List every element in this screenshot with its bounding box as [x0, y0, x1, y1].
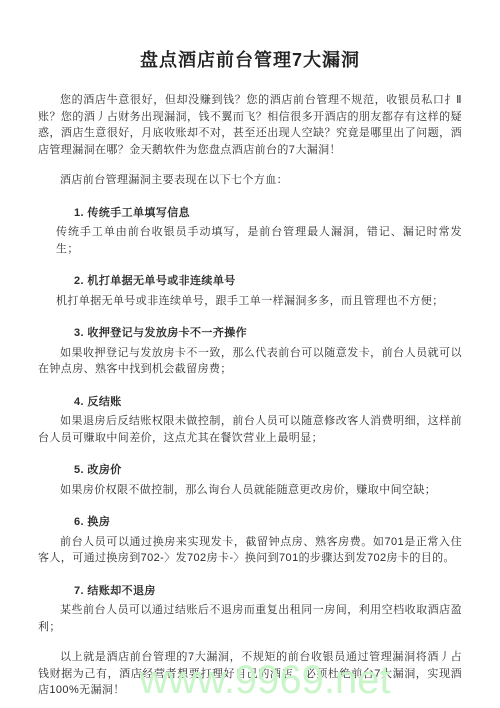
section-5-body: 如果房价权限不做控制，那么询台人员就能随意更改房价，赚取中间空缺； [38, 482, 462, 499]
section-4-body: 如果退房后反结账权限未做控制，前台人员可以随意修改客人消费明细，这样前台人员可赚… [38, 413, 462, 446]
section-1-body: 传统手工单由前台收银员手动填写，是前台管理最人漏洞，错记、漏记时常发生； [56, 224, 462, 257]
section-1-heading: 1. 传统手工单填写信息 [74, 205, 462, 222]
page: 盘点酒店前台管理7大漏洞 您的酒店牛意很好，但却没赚到钱？您的酒店前台管理不规范… [0, 0, 500, 708]
section-7-heading: 7. 结账却不退房 [74, 583, 462, 600]
section-5-heading: 5. 改房价 [74, 462, 462, 479]
section-2-body: 机打单据无单号或非连续单号，跟手工单一样漏洞多多，而且管理也不方便； [56, 293, 462, 310]
intro-paragraph: 您的酒店牛意很好，但却没赚到钱？您的酒店前台管理不规范，收银员私口扌Ⅱ账？您的酒… [38, 92, 462, 158]
section-3-body: 如果收押登记与发放房卡不一致，那么代表前台可以随意发卡，前台人员就可以在钟点房、… [38, 345, 462, 378]
section-6-body: 前台人员可以通过换房来实现发卡，截留钟点房、熟客房费。如701是正常入住客人，可… [38, 534, 462, 567]
section-4-heading: 4. 反结账 [74, 394, 462, 411]
section-6-heading: 6. 换房 [74, 514, 462, 531]
document-content: 盘点酒店前台管理7大漏洞 您的酒店牛意很好，但却没赚到钱？您的酒店前台管理不规范… [0, 46, 500, 699]
lead-in-paragraph: 酒店前台管理漏洞主要表现在以下七个方血： [38, 172, 462, 189]
watermark: www.9969.net [0, 660, 500, 700]
section-7-body: 某些前台人员可以通过结账后不退房而重复出租同一房间，利用空档收取酒店盈利； [38, 602, 462, 635]
document-title: 盘点酒店前台管理7大漏洞 [38, 46, 462, 72]
section-2-heading: 2. 机打单据无单号或非连续单号 [74, 273, 462, 290]
section-3-heading: 3. 收押登记与发放房卡不一齐操作 [74, 325, 462, 342]
